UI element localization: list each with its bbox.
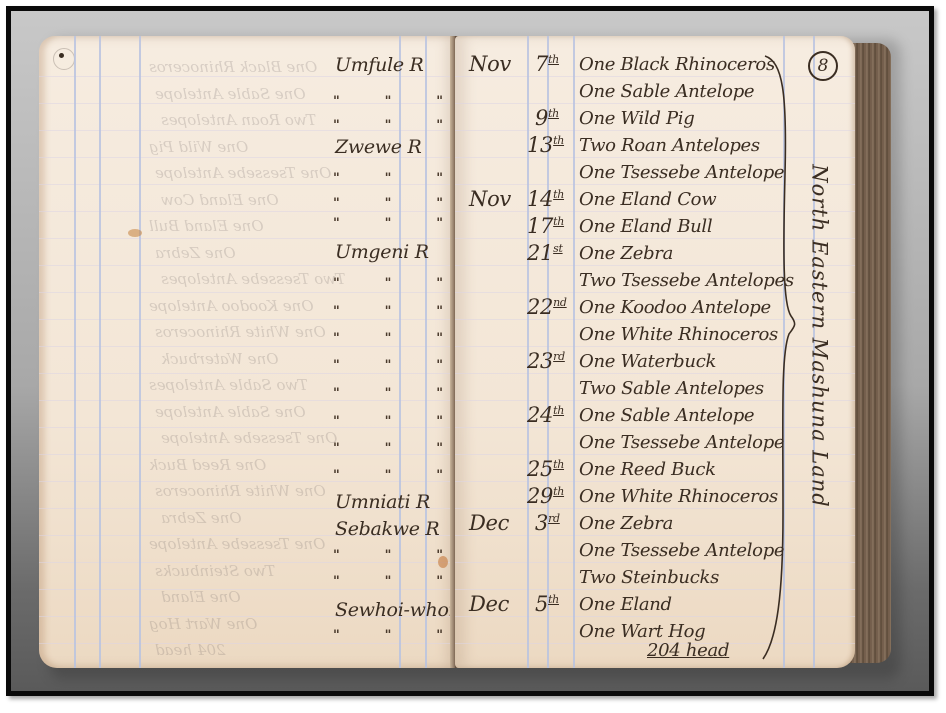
day-suffix: rd (553, 350, 565, 363)
bleed-through-line: One Zebra (155, 244, 236, 262)
paper-stain (128, 229, 142, 237)
day-number: 22 (527, 295, 553, 319)
ditto-mark: " (385, 386, 392, 401)
ditto-mark: " (333, 548, 340, 563)
region-title-text: North Eastern Mashuna Land (808, 164, 832, 507)
ditto-row: """ (333, 331, 443, 346)
day-number: 21 (527, 241, 553, 265)
right-page: 8 Nov7thOne Black RhinocerosOne Sable An… (455, 36, 855, 668)
region-title: North Eastern Mashuna Land (800, 121, 840, 551)
ditto-mark: " (436, 414, 443, 429)
ditto-mark: " (333, 441, 340, 456)
entry-day: 22nd (527, 295, 567, 319)
ditto-mark: " (436, 276, 443, 291)
page-number: 8 (808, 51, 838, 81)
animal-entry: One Eland (579, 594, 672, 615)
ditto-mark: " (385, 276, 392, 291)
ditto-mark: " (436, 331, 443, 346)
photo-frame: One Black RhinocerosOne Sable AntelopeTw… (6, 6, 934, 696)
bleed-through-line: One Reed Buck (149, 456, 266, 474)
ditto-mark: " (436, 196, 443, 211)
animal-entry: One White Rhinoceros (579, 324, 778, 345)
day-number: 5 (535, 592, 548, 616)
ditto-row: """ (333, 441, 443, 456)
bleed-through-line: One Black Rhinoceros (149, 58, 317, 76)
entry-day: 21st (527, 241, 563, 265)
entry-month: Nov (469, 187, 511, 211)
day-suffix: th (553, 458, 564, 471)
day-suffix: th (553, 485, 564, 498)
margin-rule (139, 36, 141, 668)
bleed-through-line: Two Steinbucks (155, 562, 275, 580)
ditto-mark: " (436, 216, 443, 231)
day-suffix: nd (553, 296, 567, 309)
bleed-through-line: One Tsessebe Antelope (161, 429, 337, 447)
ditto-mark: " (436, 468, 443, 483)
ditto-row: """ (333, 414, 443, 429)
ditto-mark: " (333, 196, 340, 211)
day-number: 14 (527, 187, 553, 211)
river-name: Sewhoi-whoi (335, 599, 454, 621)
animal-entry: One Eland Bull (579, 216, 712, 237)
ditto-mark: " (436, 94, 443, 109)
day-suffix: th (553, 188, 564, 201)
bleed-through-line: Two Tsessebe Antelopes (161, 270, 346, 288)
river-name: Umniati R (335, 491, 430, 513)
ruled-line (39, 319, 457, 320)
animal-entry: One White Rhinoceros (579, 486, 778, 507)
ditto-mark: " (385, 304, 392, 319)
entry-day: 14th (527, 187, 564, 211)
bleed-through-line: One Tsessebe Antelope (155, 164, 331, 182)
animal-entry: One Wart Hog (579, 621, 705, 642)
river-name: Umfule R (335, 54, 424, 76)
ditto-mark: " (436, 386, 443, 401)
ditto-mark: " (385, 441, 392, 456)
ditto-mark: " (333, 574, 340, 589)
day-suffix: th (548, 107, 559, 120)
day-suffix: th (548, 53, 559, 66)
bleed-through-line: One Sable Antelope (155, 403, 306, 421)
entry-day: 5th (535, 592, 559, 616)
day-suffix: st (553, 242, 562, 255)
ruled-line (39, 211, 457, 212)
bleed-through-line: One Tsessebe Antelope (149, 535, 325, 553)
ditto-row: """ (333, 574, 443, 589)
ditto-row: """ (333, 548, 443, 563)
bleed-through-line: One Eland Cow (161, 191, 279, 209)
day-number: 3 (535, 511, 548, 535)
entry-month: Dec (469, 592, 509, 616)
ditto-mark: " (333, 171, 340, 186)
animal-entry: One Zebra (579, 243, 673, 264)
ditto-mark: " (333, 331, 340, 346)
animal-entry: One Wild Pig (579, 108, 694, 129)
ditto-row: """ (333, 628, 443, 643)
animal-entry: One Sable Antelope (579, 405, 754, 426)
animal-entry: One Waterbuck (579, 351, 716, 372)
ditto-row: """ (333, 386, 443, 401)
bleed-through-line: One Sable Antelope (155, 85, 306, 103)
ditto-mark: " (385, 171, 392, 186)
ditto-mark: " (436, 574, 443, 589)
ruled-line (39, 76, 457, 77)
ruled-line (39, 346, 457, 347)
ditto-row: """ (333, 468, 443, 483)
ditto-mark: " (385, 414, 392, 429)
bleed-through-line: One Wild Pig (149, 138, 248, 156)
entry-day: 17th (527, 214, 564, 238)
day-number: 9 (535, 106, 548, 130)
ditto-mark: " (385, 216, 392, 231)
ruled-line (39, 265, 457, 266)
ruled-line (39, 589, 457, 590)
animal-entry: One Tsessebe Antelope (579, 162, 784, 183)
ditto-mark: " (385, 94, 392, 109)
entry-month: Dec (469, 511, 509, 535)
animal-entry: One Koodoo Antelope (579, 297, 771, 318)
ruled-line (39, 643, 457, 644)
ditto-mark: " (333, 276, 340, 291)
animal-entry: One Tsessebe Antelope (579, 432, 784, 453)
bleed-through-line: Two Sable Antelopes (149, 376, 308, 394)
ditto-mark: " (436, 304, 443, 319)
ditto-mark: " (333, 118, 340, 133)
day-number: 13 (527, 133, 553, 157)
river-name: Zwewe R (335, 136, 421, 158)
ditto-row: """ (333, 216, 443, 231)
left-page: One Black RhinocerosOne Sable AntelopeTw… (39, 36, 457, 668)
day-number: 17 (527, 214, 553, 238)
ditto-row: """ (333, 304, 443, 319)
entry-day: 25th (527, 457, 564, 481)
day-suffix: th (553, 215, 564, 228)
ditto-mark: " (333, 468, 340, 483)
bleed-through-line: One Eland Bull (149, 217, 264, 235)
ditto-mark: " (385, 548, 392, 563)
bleed-through-line: One Wart Hog (149, 615, 257, 633)
ditto-mark: " (385, 574, 392, 589)
day-number: 29 (527, 484, 553, 508)
ditto-row: """ (333, 276, 443, 291)
ditto-mark: " (333, 358, 340, 373)
animal-entry: One Eland Cow (579, 189, 716, 210)
bleed-through-line: One White Rhinoceros (155, 482, 326, 500)
ditto-mark: " (333, 628, 340, 643)
ditto-row: """ (333, 94, 443, 109)
margin-rule (74, 36, 76, 668)
ditto-mark: " (333, 304, 340, 319)
day-number: 7 (535, 52, 548, 76)
ditto-mark: " (436, 171, 443, 186)
animal-entry: Two Sable Antelopes (579, 378, 764, 399)
total-count: 204 head (647, 640, 729, 661)
river-name: Umgeni R (335, 241, 429, 263)
entry-day: 13th (527, 133, 564, 157)
ditto-mark: " (385, 468, 392, 483)
animal-entry: One Sable Antelope (579, 81, 754, 102)
ruled-line (39, 373, 457, 374)
ditto-mark: " (436, 441, 443, 456)
curly-brace (761, 54, 801, 664)
ruled-line (39, 292, 457, 293)
ditto-mark: " (436, 118, 443, 133)
ditto-mark: " (385, 118, 392, 133)
day-suffix: rd (548, 512, 560, 525)
bleed-through-line: 204 head (155, 641, 225, 659)
ditto-row: """ (333, 171, 443, 186)
animal-entry: Two Steinbucks (579, 567, 719, 588)
animal-entry: One Zebra (579, 513, 673, 534)
corner-ink-mark (53, 48, 75, 70)
ditto-mark: " (385, 358, 392, 373)
animal-entry: One Tsessebe Antelope (579, 540, 784, 561)
bleed-through-line: One Waterbuck (161, 350, 279, 368)
day-number: 24 (527, 403, 553, 427)
animal-entry: Two Roan Antelopes (579, 135, 760, 156)
day-suffix: th (548, 593, 559, 606)
bleed-through-line: One White Rhinoceros (155, 323, 326, 341)
ditto-mark: " (436, 628, 443, 643)
day-number: 25 (527, 457, 553, 481)
day-suffix: th (553, 134, 564, 147)
ditto-mark: " (333, 386, 340, 401)
ditto-mark: " (385, 628, 392, 643)
ditto-mark: " (436, 548, 443, 563)
ditto-row: """ (333, 358, 443, 373)
ditto-row: """ (333, 196, 443, 211)
column-rule (573, 36, 575, 668)
river-name: Sebakwe R (335, 518, 439, 540)
entry-day: 7th (535, 52, 559, 76)
entry-day: 24th (527, 403, 564, 427)
margin-rule (99, 36, 101, 668)
ditto-mark: " (385, 331, 392, 346)
bleed-through-line: One Eland (161, 588, 241, 606)
ditto-mark: " (333, 94, 340, 109)
ruled-line (39, 238, 457, 239)
day-number: 23 (527, 349, 553, 373)
day-suffix: th (553, 404, 564, 417)
entry-month: Nov (469, 52, 511, 76)
entry-day: 9th (535, 106, 559, 130)
entry-day: 23rd (527, 349, 565, 373)
ditto-mark: " (385, 196, 392, 211)
animal-entry: One Black Rhinoceros (579, 54, 775, 75)
bleed-through-line: One Koodoo Antelope (149, 297, 314, 315)
ditto-row: """ (333, 118, 443, 133)
ditto-mark: " (333, 216, 340, 231)
ditto-mark: " (333, 414, 340, 429)
bleed-through-line: One Zebra (161, 509, 242, 527)
animal-entry: One Reed Buck (579, 459, 716, 480)
entry-day: 29th (527, 484, 564, 508)
bleed-through-line: Two Roan Antelopes (161, 111, 316, 129)
ditto-mark: " (436, 358, 443, 373)
entry-day: 3rd (535, 511, 560, 535)
